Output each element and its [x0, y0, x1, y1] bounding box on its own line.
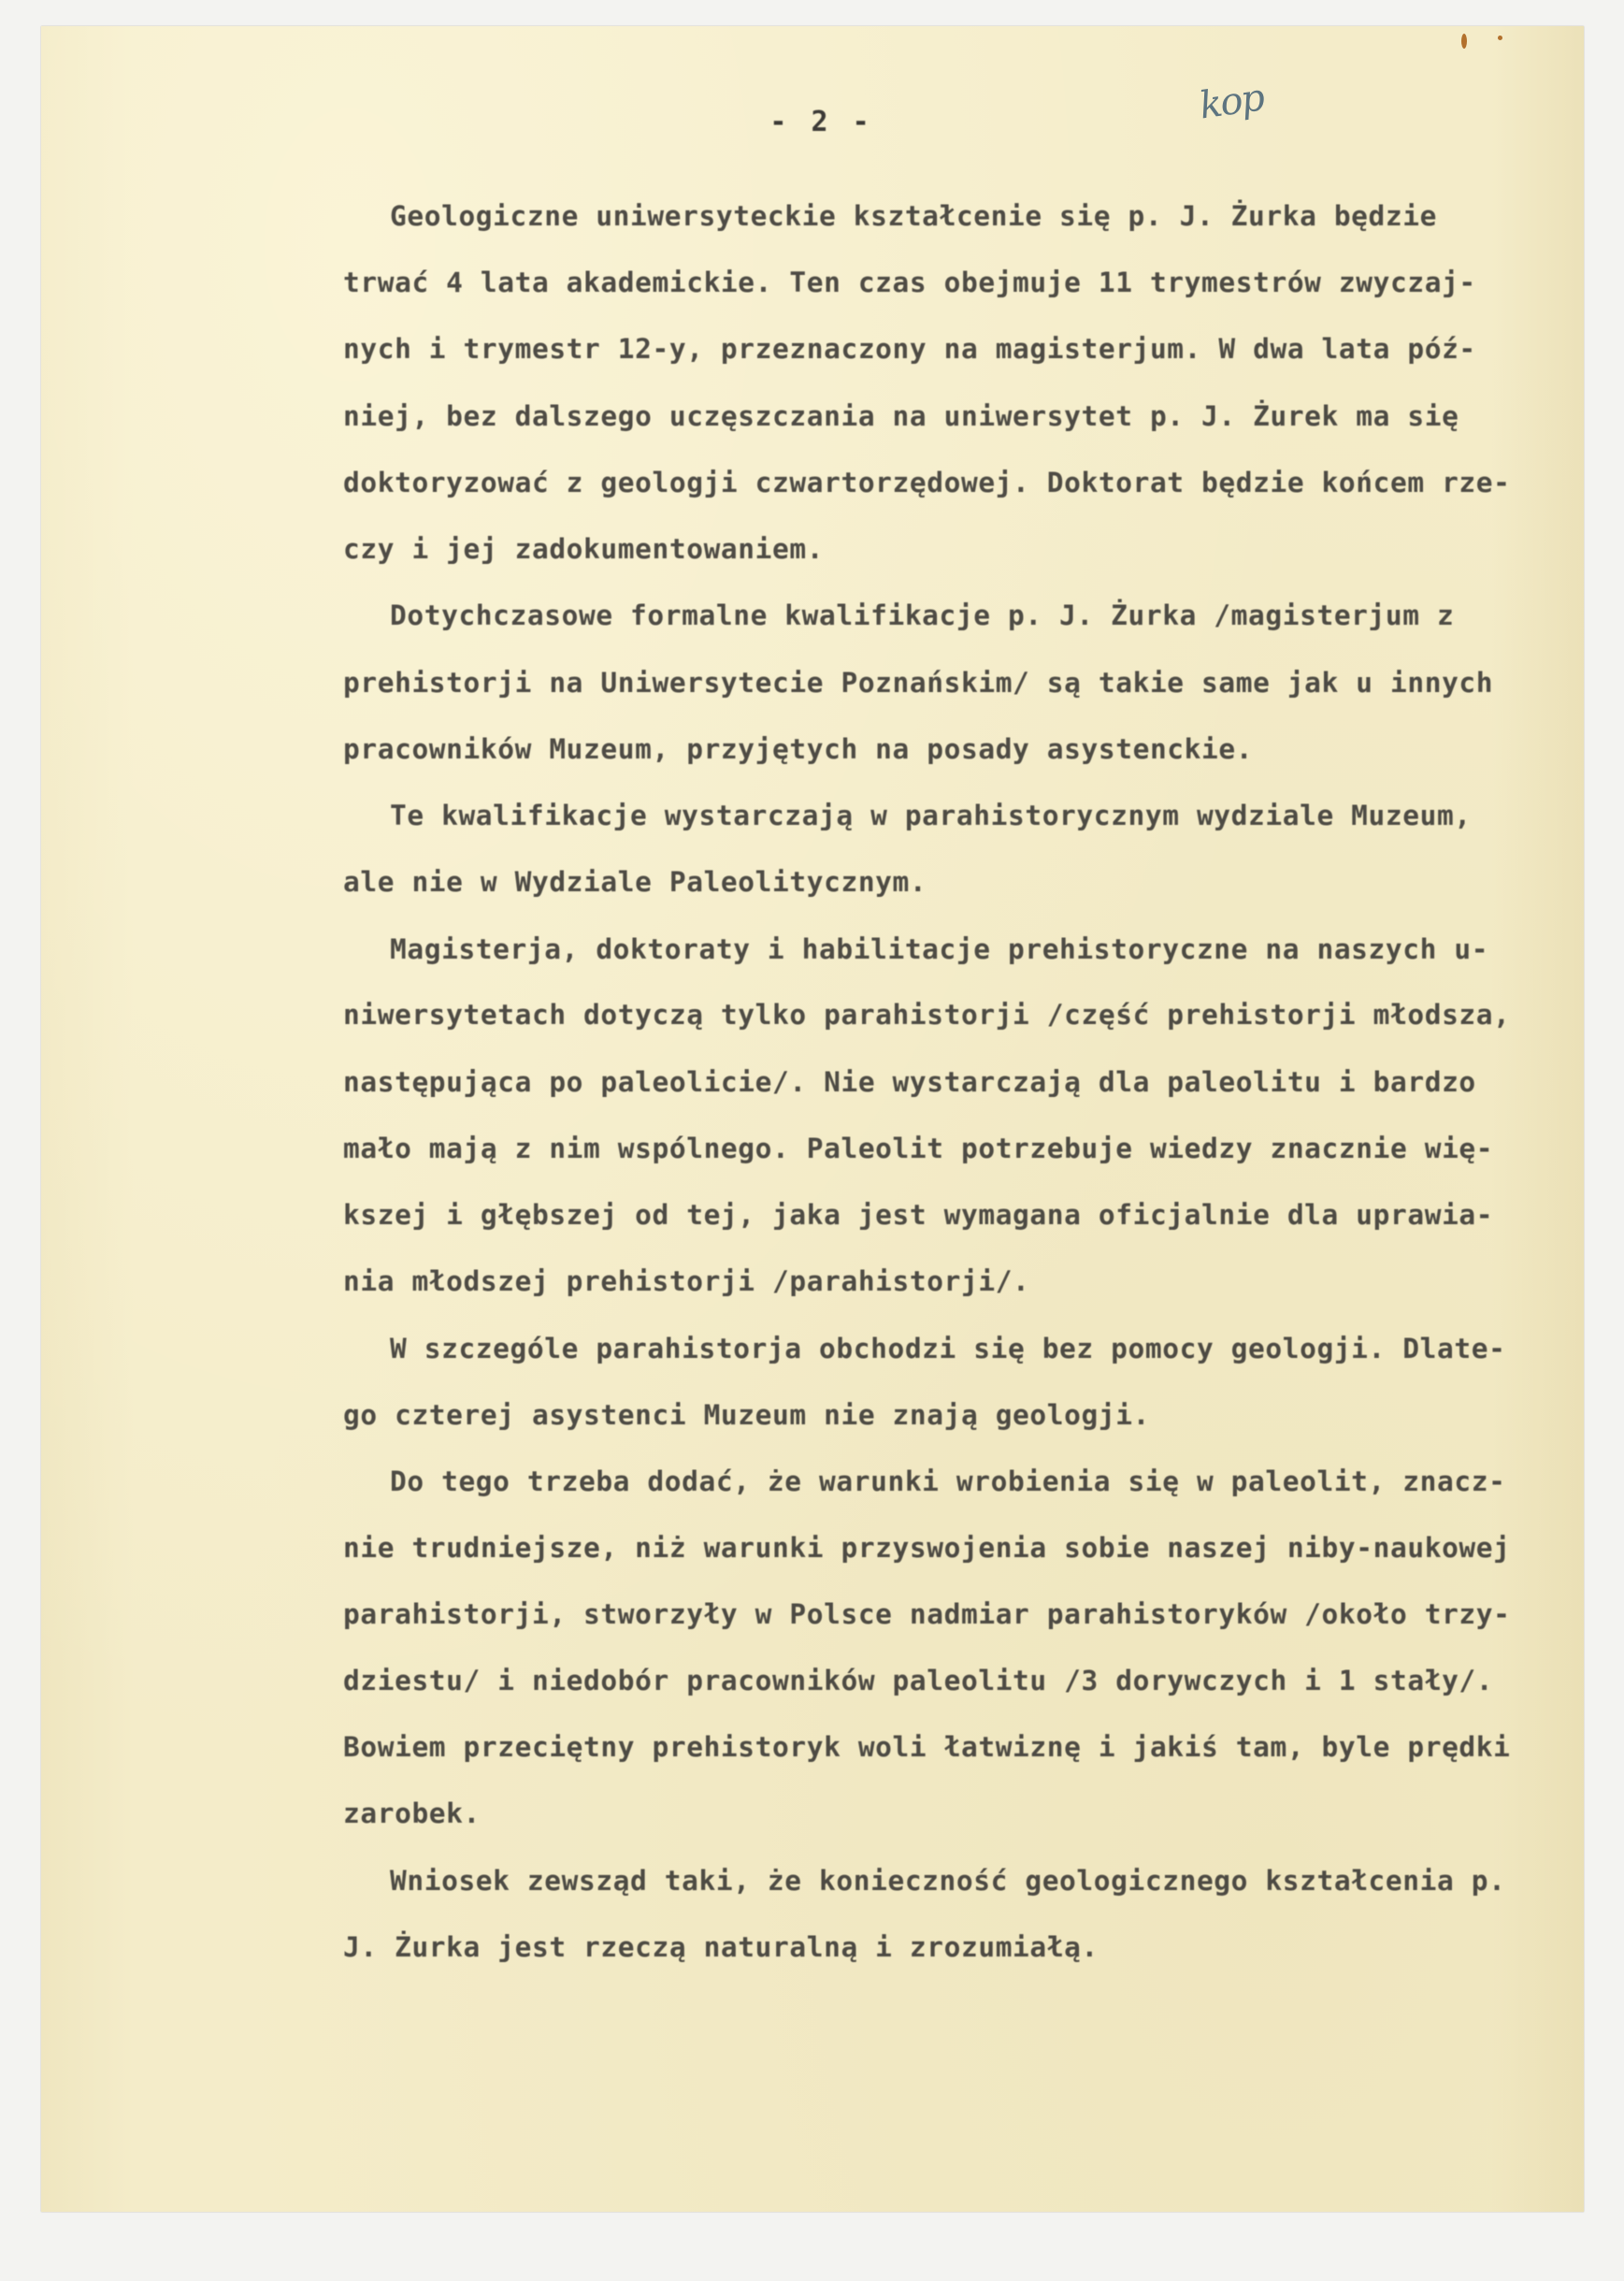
text-line: dziestu/ i niedobór pracowników paleolit…: [343, 1667, 1493, 1696]
text-line: zarobek.: [343, 1800, 481, 1828]
text-line: niej, bez dalszego uczęszczania na uniwe…: [343, 403, 1459, 431]
text-line: parahistorji, stworzyły w Polsce nadmiar…: [343, 1601, 1511, 1629]
text-line: doktoryzować z geologji czwartorzędowej.…: [343, 469, 1511, 498]
text-line: trwać 4 lata akademickie. Ten czas obejm…: [343, 269, 1476, 297]
page-number: - 2 -: [0, 106, 1624, 138]
text-line: kszej i głębszej od tej, jaka jest wymag…: [343, 1202, 1493, 1230]
text-line: prehistorji na Uniwersytecie Poznańskim/…: [343, 670, 1493, 698]
text-line: następująca po paleolicie/. Nie wystarcz…: [343, 1069, 1476, 1097]
text-line: Bowiem przeciętny prehistoryk woli łatwi…: [343, 1734, 1511, 1762]
text-line: Do tego trzeba dodać, że warunki wrobien…: [390, 1468, 1505, 1496]
text-line: Geologiczne uniwersyteckie kształcenie s…: [390, 203, 1437, 231]
text-line: Te kwalifikacje wystarczają w parahistor…: [390, 802, 1472, 830]
rust-stain: [1461, 34, 1467, 49]
text-line: Wniosek zewsząd taki, że konieczność geo…: [390, 1868, 1505, 1896]
text-line: niwersytetach dotyczą tylko parahistorji…: [343, 1002, 1511, 1030]
text-line: nia młodszej prehistorji /parahistorji/.: [343, 1268, 1029, 1296]
text-line: ale nie w Wydziale Paleolitycznym.: [343, 869, 927, 897]
text-line: mało mają z nim wspólnego. Paleolit potr…: [343, 1135, 1493, 1163]
text-line: pracowników Muzeum, przyjętych na posady…: [343, 736, 1253, 764]
text-line: nie trudniejsze, niż warunki przyswojeni…: [343, 1535, 1511, 1563]
text-line: W szczególe parahistorja obchodzi się be…: [390, 1335, 1505, 1364]
text-line: J. Żurka jest rzeczą naturalną i zrozumi…: [343, 1934, 1099, 1962]
text-line: nych i trymestr 12-y, przeznaczony na ma…: [343, 336, 1476, 364]
text-line: go czterej asystenci Muzeum nie znają ge…: [343, 1402, 1150, 1430]
rust-stain: [1498, 36, 1502, 40]
scanned-page: - 2 - kop Geologiczne uniwersyteckie ksz…: [0, 0, 1624, 2281]
text-line: Magisterja, doktoraty i habilitacje preh…: [390, 936, 1488, 964]
handwritten-annotation: kop: [1197, 76, 1266, 127]
text-line: czy i jej zadokumentowaniem.: [343, 536, 824, 564]
text-line: Dotychczasowe formalne kwalifikacje p. J…: [390, 602, 1454, 630]
